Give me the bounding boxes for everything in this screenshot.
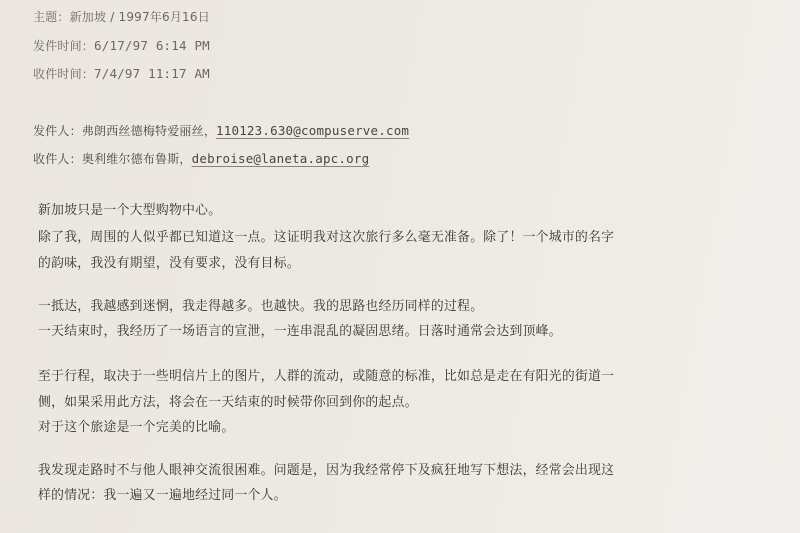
subject-label: 主题： xyxy=(33,10,70,24)
from-name: 弗朗西丝德梅特爱丽丝， xyxy=(82,124,216,138)
from-label: 发件人： xyxy=(33,124,82,138)
body-line-10: 样的情况：我一遍又一遍地经过同一个人。 xyxy=(38,484,287,503)
from-line: 发件人：弗朗西丝德梅特爱丽丝，110123.630@compuserve.com xyxy=(33,122,409,139)
email-printout: 主题：新加坡 / 1997年6月16日 发件时间：6/17/97 6:14 PM… xyxy=(0,0,800,533)
body-line-2: 除了我，周围的人似乎都已知道这一点。这证明我对这次旅行多么毫无准备。除了！一个城… xyxy=(38,226,614,245)
body-line-4: 一抵达，我越感到迷惘，我走得越多。也越快。我的思路也经历同样的过程。 xyxy=(38,295,483,314)
body-line-1: 新加坡只是一个大型购物中心。 xyxy=(38,199,221,218)
sent-time-label: 发件时间： xyxy=(33,39,94,53)
subject-line: 主题：新加坡 / 1997年6月16日 xyxy=(33,8,210,25)
sent-time-value: 6/17/97 6:14 PM xyxy=(94,38,210,53)
body-line-6: 至于行程，取决于一些明信片上的图片，人群的流动，或随意的标准，比如总是走在有阳光… xyxy=(38,365,614,384)
received-time-value: 7/4/97 11:17 AM xyxy=(94,66,210,81)
sent-time-line: 发件时间：6/17/97 6:14 PM xyxy=(33,37,210,54)
to-email-link[interactable]: debroise@laneta.apc.org xyxy=(192,151,370,166)
received-time-label: 收件时间： xyxy=(33,67,94,81)
received-time-line: 收件时间：7/4/97 11:17 AM xyxy=(33,65,210,82)
to-line: 收件人：奥利维尔德布鲁斯，debroise@laneta.apc.org xyxy=(33,150,369,167)
subject-value: 新加坡 / 1997年6月16日 xyxy=(70,10,210,24)
body-line-7: 侧，如果采用此方法，将会在一天结束的时候带你回到你的起点。 xyxy=(38,391,418,410)
body-line-9: 我发现走路时不与他人眼神交流很困难。问题是，因为我经常停下及疯狂地写下想法，经常… xyxy=(38,459,614,478)
to-name: 奥利维尔德布鲁斯， xyxy=(82,152,192,166)
body-line-8: 对于这个旅途是一个完美的比喻。 xyxy=(38,416,234,435)
body-line-3: 的韵味，我没有期望，没有要求，没有目标。 xyxy=(38,252,300,271)
to-label: 收件人： xyxy=(33,152,82,166)
from-email-link[interactable]: 110123.630@compuserve.com xyxy=(216,123,409,138)
body-line-5: 一天结束时，我经历了一场语言的宣泄，一连串混乱的凝固思绪。日落时通常会达到顶峰。 xyxy=(38,320,562,339)
